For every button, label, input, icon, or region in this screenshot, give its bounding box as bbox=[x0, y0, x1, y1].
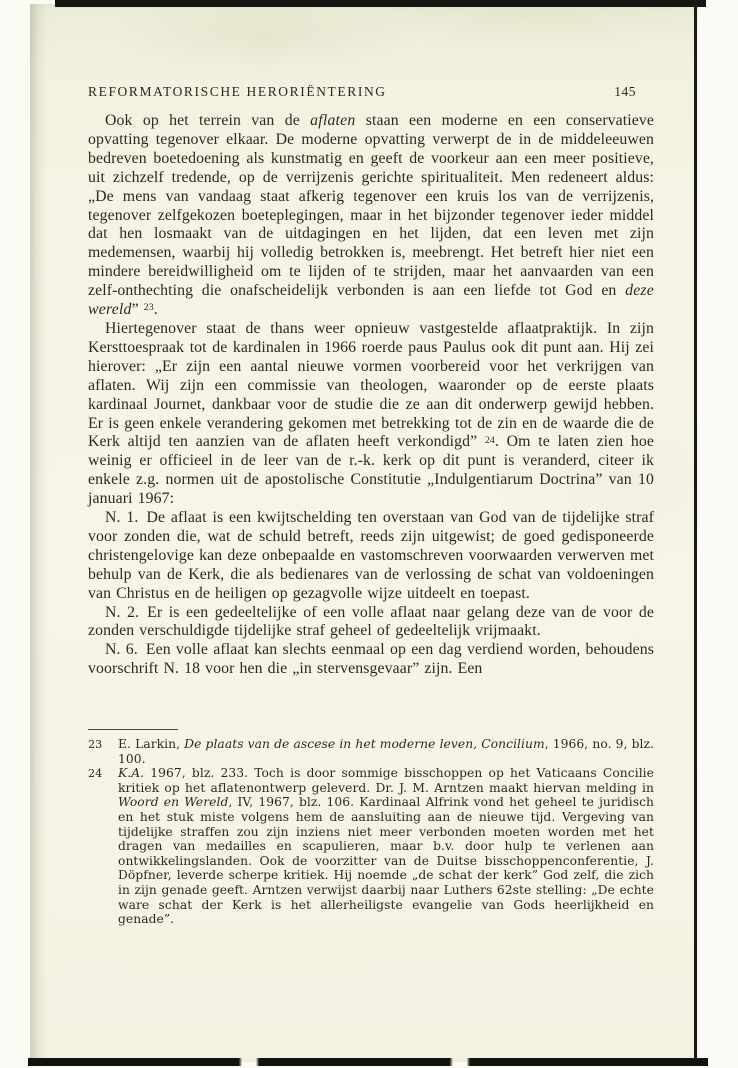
footnote-marker: 23 bbox=[88, 738, 102, 753]
scan-edge-bottom bbox=[28, 1058, 708, 1066]
body-paragraph: N. 1. De aflaat is een kwijtschelding te… bbox=[88, 509, 654, 604]
body-paragraph: Ook op het terrein van de aflaten staan … bbox=[88, 112, 654, 320]
scan-edge-right bbox=[694, 0, 697, 1062]
footnote: 24K.A. 1967, blz. 233. Toch is door somm… bbox=[88, 766, 654, 927]
text-column: REFORMATORISCHE HERORIËNTERING 145 Ook o… bbox=[88, 84, 654, 679]
footnotes-section: 23E. Larkin, De plaats van de ascese in … bbox=[88, 729, 654, 927]
footnote-text: K.A. 1967, blz. 233. Toch is door sommig… bbox=[118, 766, 654, 926]
running-head: REFORMATORISCHE HERORIËNTERING bbox=[88, 84, 387, 100]
footnote-rule bbox=[88, 729, 178, 730]
page-number: 145 bbox=[614, 84, 636, 100]
body-paragraph: Hiertegenover staat de thans weer opnieu… bbox=[88, 320, 654, 509]
footnote-marker: 24 bbox=[88, 767, 102, 782]
footnote-list: 23E. Larkin, De plaats van de ascese in … bbox=[88, 737, 654, 927]
footnote: 23E. Larkin, De plaats van de ascese in … bbox=[88, 737, 654, 766]
scan-edge-top bbox=[55, 0, 706, 7]
scanned-book-page: REFORMATORISCHE HERORIËNTERING 145 Ook o… bbox=[0, 0, 738, 1068]
body-paragraph: N. 2. Er is een gedeeltelijke of een vol… bbox=[88, 604, 654, 642]
body-text: Ook op het terrein van de aflaten staan … bbox=[88, 112, 654, 679]
footnote-text: E. Larkin, De plaats van de ascese in he… bbox=[118, 737, 654, 766]
body-paragraph: N. 6. Een volle aflaat kan slechts eenma… bbox=[88, 641, 654, 679]
page-header: REFORMATORISCHE HERORIËNTERING 145 bbox=[88, 84, 654, 100]
